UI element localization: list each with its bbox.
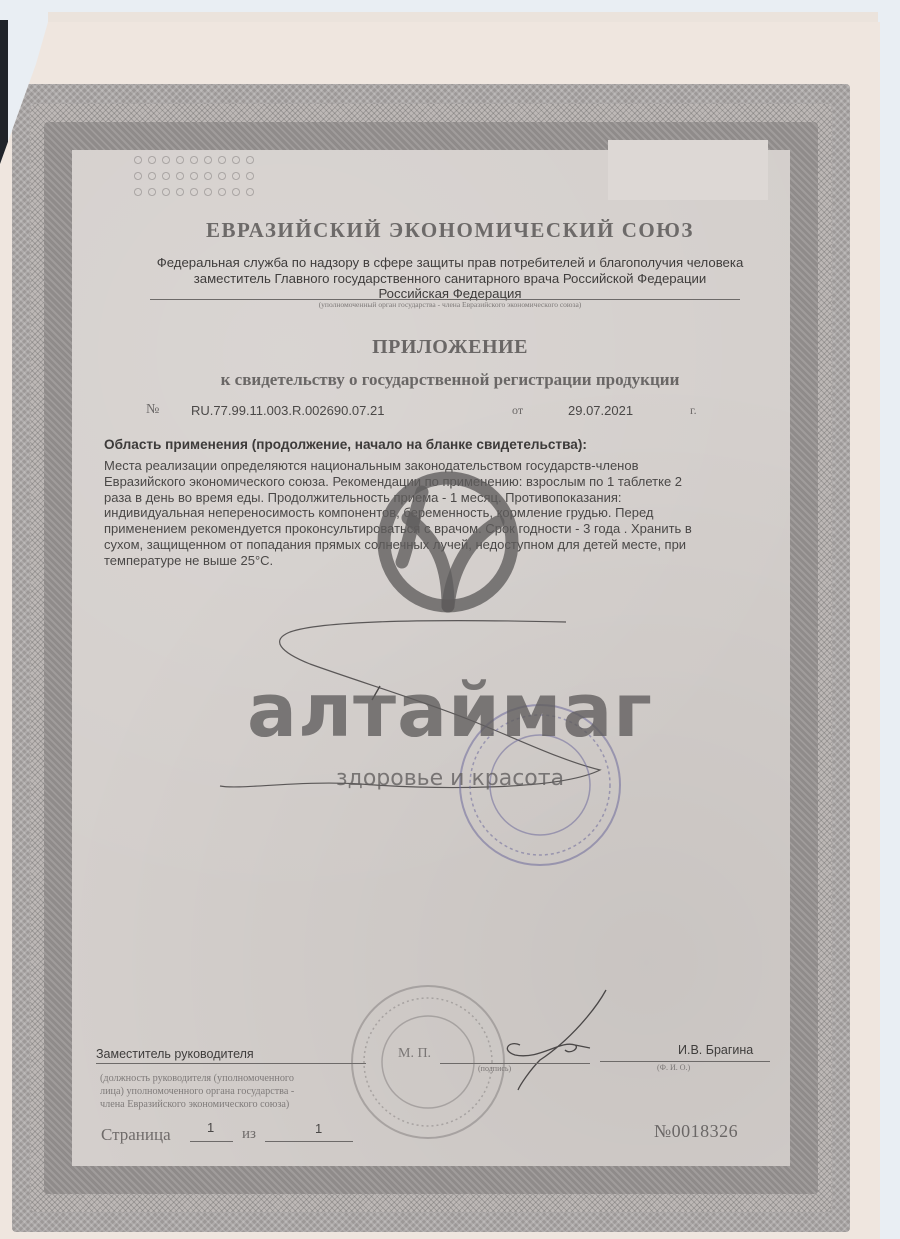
- number-sign: №: [146, 402, 159, 418]
- agency-line-1: Федеральная служба по надзору в сфере за…: [0, 255, 900, 270]
- registration-number: RU.77.99.11.003.R.002690.07.21: [191, 403, 384, 418]
- form-number: №0018326: [654, 1121, 738, 1142]
- signature-underline: [440, 1063, 590, 1064]
- annex-title: ПРИЛОЖЕНИЕ: [0, 336, 900, 359]
- scope-heading: Область применения (продолжение, начало …: [104, 437, 587, 452]
- registration-date: 29.07.2021: [568, 403, 633, 418]
- position-underline: [96, 1063, 366, 1064]
- page-total: 1: [315, 1121, 322, 1136]
- annex-subtitle: к свидетельству о государственной регист…: [0, 370, 900, 390]
- blank-area: [608, 140, 768, 200]
- position-caption-line: лица) уполномоченного органа государства…: [100, 1085, 294, 1098]
- year-suffix: г.: [690, 403, 697, 418]
- signer-name: И.В. Брагина: [678, 1043, 753, 1057]
- page-number: 1: [207, 1120, 214, 1135]
- seal-stamp: [348, 982, 508, 1142]
- signature-caption: (подпись): [478, 1064, 511, 1073]
- position-caption-line: (должность руководителя (уполномоченного: [100, 1072, 294, 1085]
- from-label: от: [512, 403, 523, 418]
- fio-caption: (Ф. И. О.): [657, 1063, 690, 1072]
- watermark-tagline: здоровье и красота: [0, 766, 900, 791]
- security-pattern: [132, 152, 256, 198]
- page-number-underline: [190, 1141, 233, 1142]
- watermark-brand: алтаймаг: [0, 668, 900, 754]
- authority-caption: (уполномоченный орган государства - член…: [0, 300, 900, 309]
- agency-line-2: заместитель Главного государственного са…: [0, 271, 900, 286]
- page-total-underline: [265, 1141, 353, 1142]
- leaf-circle-logo-icon: [348, 470, 548, 620]
- name-underline: [600, 1061, 770, 1062]
- position-title: Заместитель руководителя: [96, 1047, 254, 1061]
- seal-label: М. П.: [398, 1046, 431, 1062]
- page-of-label: из: [242, 1126, 256, 1143]
- union-title: ЕВРАЗИЙСКИЙ ЭКОНОМИЧЕСКИЙ СОЮЗ: [0, 218, 900, 243]
- position-caption-line: члена Евразийского экономического союза): [100, 1098, 294, 1111]
- position-caption: (должность руководителя (уполномоченного…: [100, 1072, 294, 1111]
- page-label: Страница: [101, 1125, 171, 1145]
